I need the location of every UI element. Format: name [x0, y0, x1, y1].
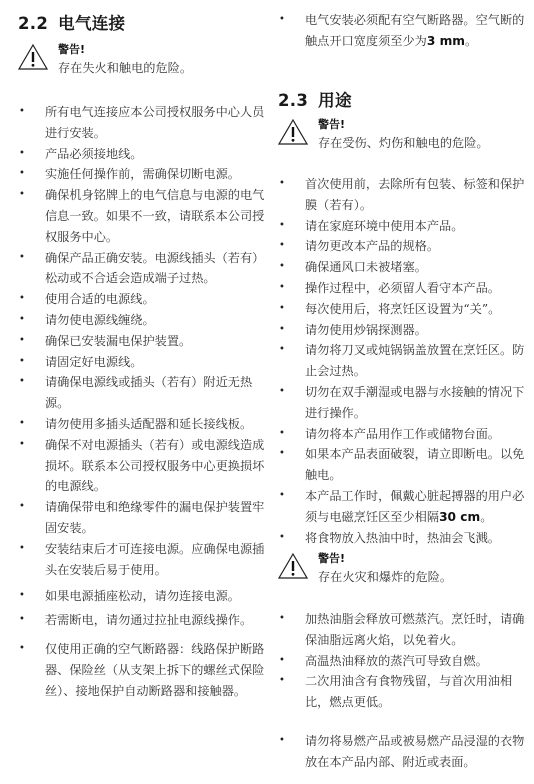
list-item: 首次使用前，去除所有包装、标签和保护膜（若有）。 — [278, 174, 530, 216]
section-number: 2.2 — [18, 14, 48, 33]
section-number: 2.3 — [278, 91, 308, 110]
warning-title: 警告! — [318, 116, 345, 132]
list-item: 切勿在双手潮湿或电器与水接触的情况下进行操作。 — [278, 382, 530, 424]
fire-list: 加热油脂会释放可燃蒸汽。烹饪时，请确保油脂远离火焰，以免着火。 高温热油释放的蒸… — [278, 609, 530, 713]
list-item: 确保不对电源插头（若有）或电源线造成损坏。联系本公司授权服务中心更换损坏的电源线… — [18, 435, 270, 497]
list-item: 高温热油释放的蒸汽可导致自燃。 — [278, 651, 530, 672]
list-item: 请固定好电源线。 — [18, 352, 270, 373]
list-item: 二次用油含有食物残留，与首次用油相比，燃点更低。 — [278, 671, 530, 713]
list-item: 仅使用正确的空气断路器：线路保护断路器、保险丝（从支架上拆下的螺丝式保险丝）、接… — [18, 639, 270, 701]
list-item: 请勿更改本产品的规格。 — [278, 236, 530, 257]
list-item: 若需断电，请勿通过拉扯电源线操作。 — [18, 610, 270, 631]
list-item: 安装结束后才可连接电源。应确保电源插头在安装后易于使用。 — [18, 539, 270, 581]
breaker-list: 电气安装必须配有空气断路器。空气断的触点开口宽度须至少为3 mm。 — [278, 10, 528, 52]
usage-list: 首次使用前，去除所有包装、标签和保护膜（若有）。 请在家庭环境中使用本产品。 请… — [278, 174, 530, 548]
list-item: 每次使用后，将烹饪区设置为“关”。 — [278, 299, 530, 320]
list-item: 请勿将本产品用作工作或储物台面。 — [278, 424, 530, 445]
list-item: 请勿使电源线缠绕。 — [18, 310, 270, 331]
warning-triangle-icon — [18, 44, 48, 70]
distance-value: 30 cm — [439, 510, 480, 524]
warning-block: 警告! 存在失火和触电的危险。 — [18, 41, 268, 87]
warning-title: 警告! — [58, 41, 85, 57]
section-title: 电气连接 — [58, 14, 125, 33]
list-item: 使用合适的电源线。 — [18, 289, 270, 310]
warning-text: 存在失火和触电的危险。 — [58, 59, 192, 76]
list-item: 将食物放入热油中时，热油会飞溅。 — [278, 528, 530, 549]
warning-block: 警告! 存在火灾和爆炸的危险。 — [278, 550, 528, 596]
warning-text: 存在火灾和爆炸的危险。 — [318, 568, 452, 585]
list-item: 如果电源插座松动，请勿连接电源。 — [18, 586, 270, 607]
list-item-breaker: 电气安装必须配有空气断路器。空气断的触点开口宽度须至少为3 mm。 — [278, 10, 528, 52]
section-heading-usage: 2.3用途 — [278, 87, 352, 111]
list-item: 确保产品正确安装。电源线插头（若有）松动或不合适会造成端子过热。 — [18, 248, 270, 290]
list-item: 请确保电源线或插头（若有）附近无热源。 — [18, 372, 270, 414]
electrical-list: 所有电气连接应本公司授权服务中心人员进行安装。 产品必须接地线。 实施任何操作前… — [18, 102, 270, 701]
list-item: 确保已安装漏电保护装置。 — [18, 331, 270, 352]
list-item: 请勿将刀叉或炖锅锅盖放置在烹饪区。防止会过热。 — [278, 340, 530, 382]
list-item: 确保机身铭牌上的电气信息与电源的电气信息一致。如果不一致，请联系本公司授权服务中… — [18, 185, 270, 247]
list-item: 产品必须接地线。 — [18, 144, 270, 165]
list-item: 请勿使用炒锅探测器。 — [278, 320, 530, 341]
list-item: 如果本产品表面破裂，请立即断电。以免触电。 — [278, 444, 530, 486]
gap-value: 3 mm — [427, 34, 465, 48]
list-item: 实施任何操作前，需确保切断电源。 — [18, 164, 270, 185]
list-item: 请确保带电和绝缘零件的漏电保护装置牢固安装。 — [18, 497, 270, 539]
list-item: 请勿使用多插头适配器和延长接线板。 — [18, 414, 270, 435]
list-item: 所有电气连接应本公司授权服务中心人员进行安装。 — [18, 102, 270, 144]
flammable-list: 请勿将易燃产品或被易燃产品浸湿的衣物放在本产品内部、附近或表面。 — [278, 731, 530, 773]
list-item: 操作过程中，必须留人看守本产品。 — [278, 278, 530, 299]
warning-triangle-icon — [278, 553, 308, 579]
warning-block: 警告! 存在受伤、灼伤和触电的危险。 — [278, 116, 528, 162]
list-item: 加热油脂会释放可燃蒸汽。烹饪时，请确保油脂远离火焰，以免着火。 — [278, 609, 530, 651]
warning-text: 存在受伤、灼伤和触电的危险。 — [318, 134, 489, 151]
list-item: 请在家庭环境中使用本产品。 — [278, 216, 530, 237]
warning-title: 警告! — [318, 550, 345, 566]
section-heading-electrical: 2.2电气连接 — [18, 10, 125, 34]
warning-triangle-icon — [278, 119, 308, 145]
list-item: 请勿将易燃产品或被易燃产品浸湿的衣物放在本产品内部、附近或表面。 — [278, 731, 530, 773]
section-title: 用途 — [318, 91, 352, 110]
list-item-pacemaker: 本产品工作时，佩戴心脏起搏器的用户必须与电磁烹饪区至少相隔30 cm。 — [278, 486, 530, 528]
list-item: 确保通风口未被堵塞。 — [278, 257, 530, 278]
